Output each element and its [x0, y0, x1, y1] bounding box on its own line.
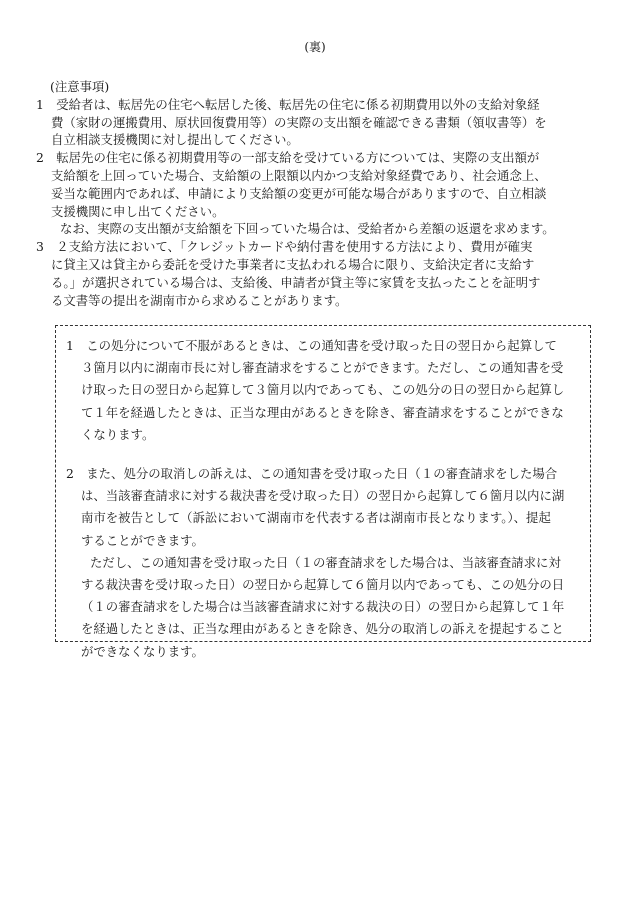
- notes-line: る。」が選択されている場合は、支給後、申請者が貸主等に家賃を支払ったことを証明す: [36, 274, 596, 292]
- notes-line: 妥当な範囲内であれば、申請により支給額の変更が可能な場合がありますので、自立相談: [36, 185, 596, 203]
- notes-line: る文書等の提出を湖南市から求めることがあります。: [36, 292, 596, 310]
- appeal-line: くなります。: [66, 424, 586, 446]
- notes-section: (注意事項) 1 受給者は、転居先の住宅へ転居した後、転居先の住宅に係る初期費用…: [36, 78, 596, 309]
- appeal-line: 南市を被告として（訴訟において湖南市を代表する者は湖南市長となります。）、提起: [66, 507, 586, 529]
- notes-line: なお、実際の支出額が支給額を下回っていた場合は、受給者から差額の返還を求めます。: [36, 220, 596, 238]
- notes-line: 1 受給者は、転居先の住宅へ転居した後、転居先の住宅に係る初期費用以外の支給対象…: [36, 96, 596, 114]
- appeal-paragraph-2: 2 また、処分の取消しの訴えは、この通知書を受け取った日（１の審査請求をした場合…: [66, 463, 586, 663]
- appeal-line: を経過したときは、正当な理由があるときを除き、処分の取消しの訴えを提起すること: [66, 618, 586, 640]
- notes-line: に貸主又は貸主から委託を受けた事業者に支払われる場合に限り、支給決定者に支給す: [36, 256, 596, 274]
- appeal-line: は、当該審査請求に対する裁決書を受け取った日）の翌日から起算して６箇月以内に湖: [66, 485, 586, 507]
- appeal-line: 2 また、処分の取消しの訴えは、この通知書を受け取った日（１の審査請求をした場合: [66, 463, 586, 485]
- appeal-line: け取った日の翌日から起算して３箇月以内であっても、この処分の日の翌日から起算し: [66, 379, 586, 401]
- notes-line: 支援機関に申し出てください。: [36, 203, 596, 221]
- appeal-line: ができなくなります。: [66, 641, 586, 663]
- paragraph-spacer: [66, 446, 586, 463]
- appeal-line: 1 この処分について不服があるときは、この通知書を受け取った日の翌日から起算して: [66, 335, 586, 357]
- page-side-label: (裏): [0, 38, 630, 55]
- appeal-info-box: 1 この処分について不服があるときは、この通知書を受け取った日の翌日から起算して…: [55, 325, 591, 642]
- appeal-line: する裁決書を受け取った日）の翌日から起算して６箇月以内であっても、この処分の日: [66, 574, 586, 596]
- appeal-line: ただし、この通知書を受け取った日（１の審査請求をした場合は、当該審査請求に対: [66, 552, 586, 574]
- notes-line: 自立相談支援機関に対し提出してください。: [36, 131, 596, 149]
- notes-line: 3 ２支給方法において、「クレジットカードや納付書を使用する方法により、費用が確…: [36, 238, 596, 256]
- appeal-line: て１年を経過したときは、正当な理由があるときを除き、審査請求をすることができな: [66, 402, 586, 424]
- notes-line: 費（家財の運搬費用、原状回復費用等）の実際の支出額を確認できる書類（領収書等）を: [36, 114, 596, 132]
- appeal-line: ３箇月以内に湖南市長に対し審査請求をすることができます。ただし、この通知書を受: [66, 357, 586, 379]
- appeal-line: （１の審査請求をした場合は当該審査請求に対する裁決の日）の翌日から起算して１年: [66, 596, 586, 618]
- notes-line: 2 転居先の住宅に係る初期費用等の一部支給を受けている方については、実際の支出額…: [36, 149, 596, 167]
- notes-heading: (注意事項): [50, 78, 596, 96]
- appeal-line: することができます。: [66, 530, 586, 552]
- notes-line: 支給額を上回っていた場合、支給額の上限額以内かつ支給対象経費であり、社会通念上、: [36, 167, 596, 185]
- appeal-paragraph-1: 1 この処分について不服があるときは、この通知書を受け取った日の翌日から起算して…: [66, 335, 586, 446]
